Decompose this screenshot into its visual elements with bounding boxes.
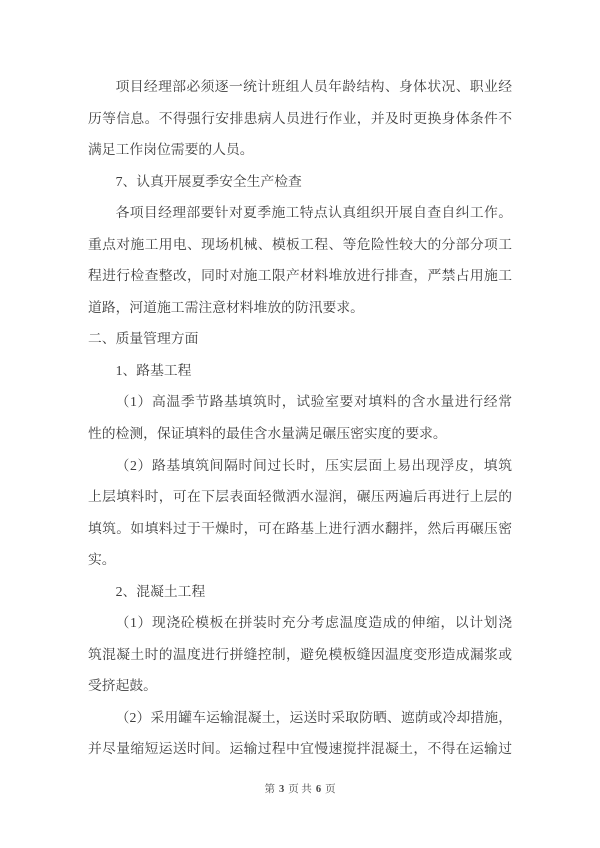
text-line: 受挤起鼓。	[88, 670, 512, 702]
text-line: （1）高温季节路基填筑时，试验室要对填料的含水量进行经常	[88, 386, 512, 418]
text-line: 满足工作岗位需要的人员。	[88, 134, 512, 166]
document-body: 项目经理部必须逐一统计班组人员年龄结构、身体状况、职业经历等信息。不得强行安排患…	[88, 71, 512, 765]
text-line: 二、质量管理方面	[88, 323, 512, 355]
text-line: 1、路基工程	[88, 355, 512, 387]
text-line: 性的检测，保证填料的最佳含水量满足碾压密实度的要求。	[88, 418, 512, 450]
document-page: 项目经理部必须逐一统计班组人员年龄结构、身体状况、职业经历等信息。不得强行安排患…	[0, 0, 600, 848]
text-line: 上层填料时，可在下层表面轻微洒水湿润，碾压两遍后再进行上层的	[88, 481, 512, 513]
text-line: 2、混凝土工程	[88, 576, 512, 608]
text-line: 历等信息。不得强行安排患病人员进行作业，并及时更换身体条件不	[88, 103, 512, 135]
footer-total-pages: 6	[316, 784, 321, 795]
text-line: 筑混凝土时的温度进行拼缝控制，避免模板缝因温度变形造成漏浆或	[88, 639, 512, 671]
text-line: （1）现浇砼模板在拼装时充分考虑温度造成的伸缩，以计划浇	[88, 607, 512, 639]
text-line: 7、认真开展夏季安全生产检查	[88, 166, 512, 198]
text-line: 项目经理部必须逐一统计班组人员年龄结构、身体状况、职业经	[88, 71, 512, 103]
text-line: （2）路基填筑间隔时间过长时，压实层面上易出现浮皮，填筑	[88, 450, 512, 482]
text-line: 道路，河道施工需注意材料堆放的防汛要求。	[88, 292, 512, 324]
text-line: 重点对施工用电、现场机械、模板工程、等危险性较大的分部分项工	[88, 229, 512, 261]
footer-page-number: 3	[279, 784, 284, 795]
text-line: 并尽量缩短运送时间。运输过程中宜慢速搅拌混凝土，不得在运输过	[88, 733, 512, 765]
text-line: 各项目经理部要针对夏季施工特点认真组织开展自查自纠工作。	[88, 197, 512, 229]
text-line: （2）采用罐车运输混凝土，运送时采取防晒、遮荫或冷却措施，	[88, 702, 512, 734]
page-footer: 第3页 共6页	[0, 782, 600, 798]
footer-prefix-label: 第	[264, 784, 275, 795]
text-line: 填筑。如填料过于干燥时，可在路基上进行洒水翻拌，然后再碾压密	[88, 513, 512, 545]
text-line: 程进行检查整改，同时对施工限产材料堆放进行排查，严禁占用施工	[88, 260, 512, 292]
footer-suffix-label: 页	[325, 784, 336, 795]
text-line: 实。	[88, 544, 512, 576]
footer-infix-label: 页 共	[288, 784, 312, 795]
